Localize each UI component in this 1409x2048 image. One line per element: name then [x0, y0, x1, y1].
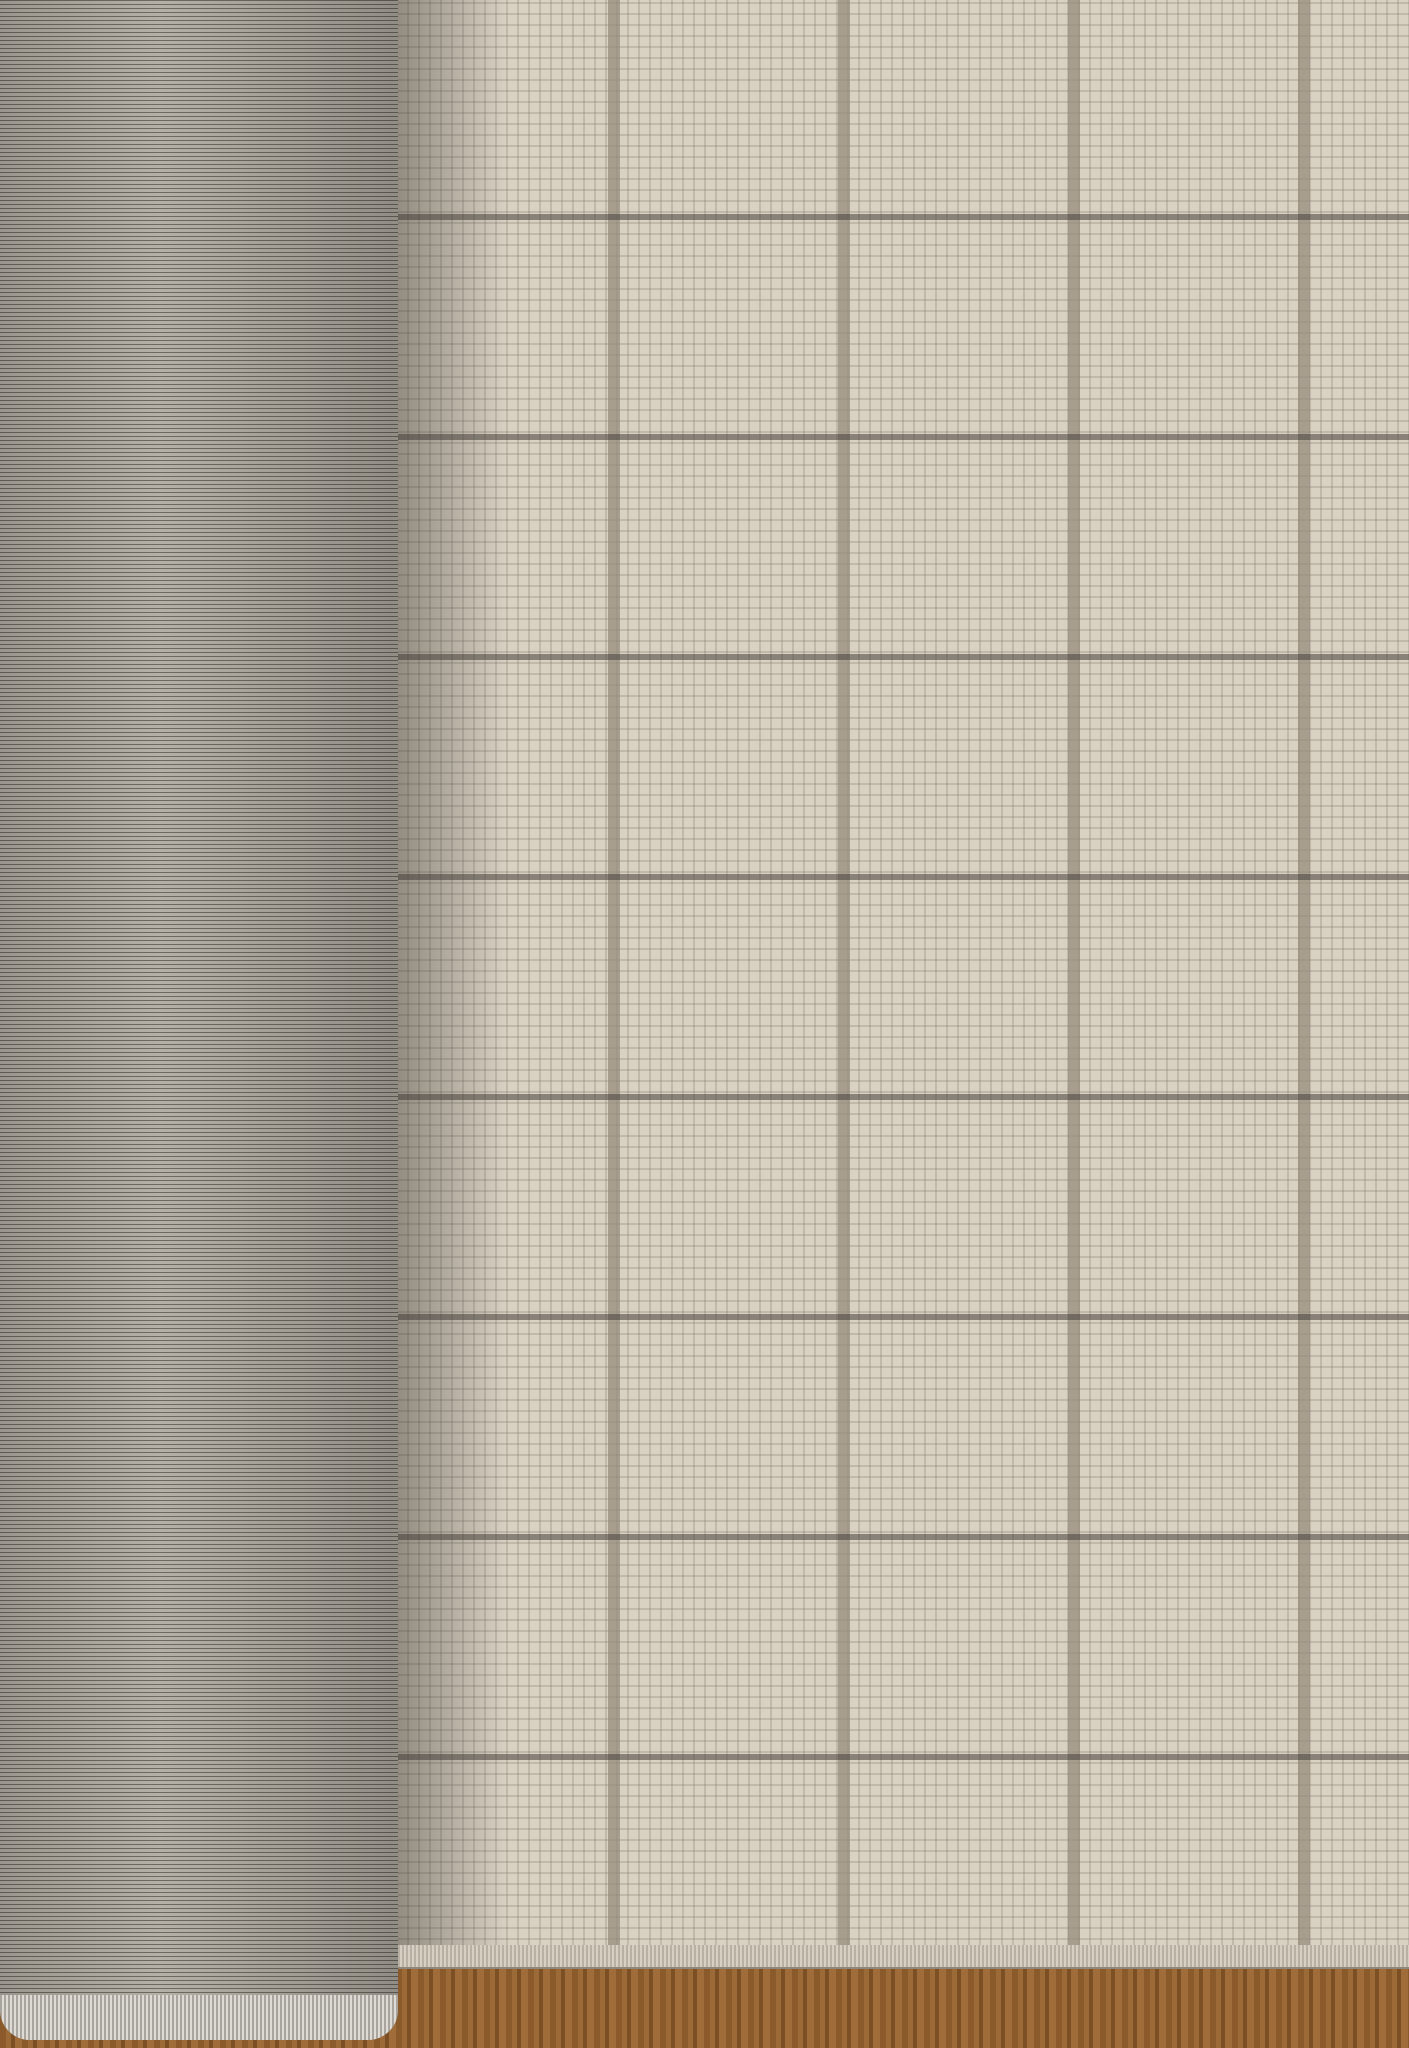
rolled-rug-backing	[0, 0, 398, 2040]
rug-face	[398, 0, 1409, 1960]
roll-shadow	[398, 0, 508, 1960]
roll-binding-edge	[0, 1995, 398, 2040]
rug-binding-edge	[398, 1945, 1409, 1969]
